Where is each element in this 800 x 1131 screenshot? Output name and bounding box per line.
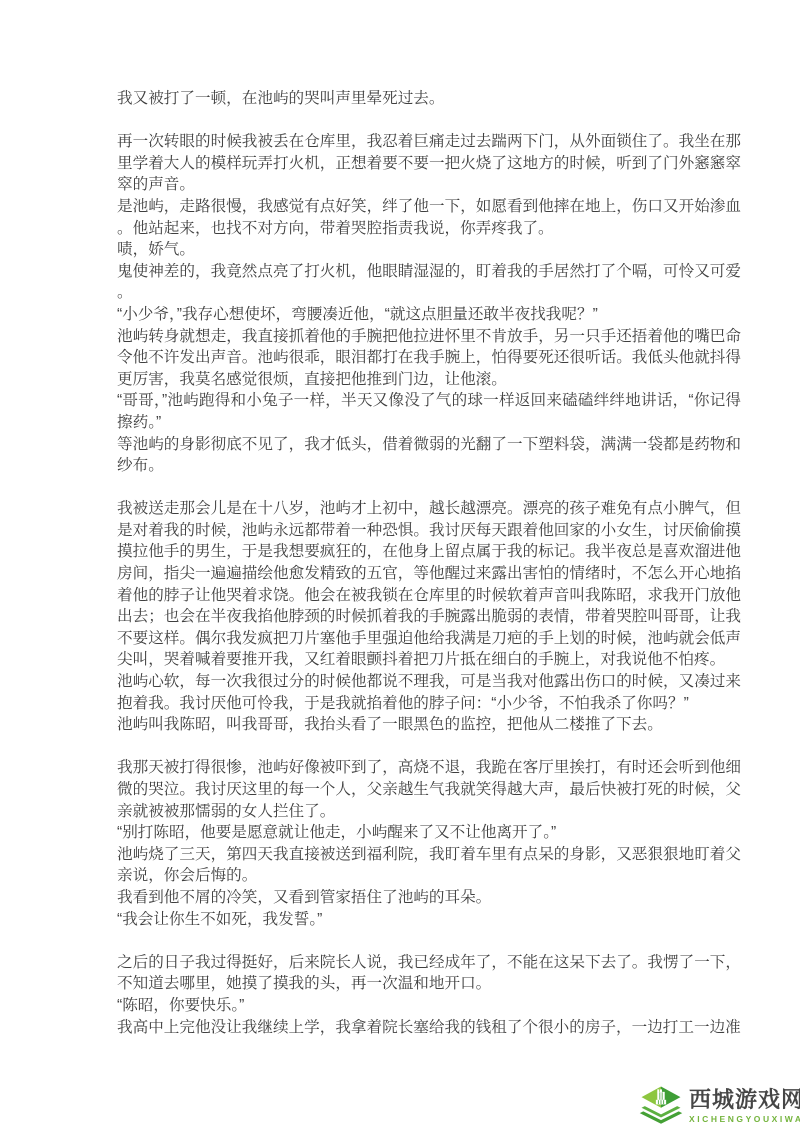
watermark-text: 西城游戏网 XICHENGYOUXIWANG: [689, 1088, 800, 1124]
story-paragraph: “哥哥，”池屿跑得和小兔子一样，半天又像没了气的球一样返回来磕磕绊绊地讲话，“你…: [117, 390, 741, 433]
brand-romanized: XICHENGYOUXIWANG: [689, 1114, 800, 1124]
story-paragraph: 我被送走那会儿是在十八岁，池屿才上初中，越长越漂亮。漂亮的孩子难免有点小脾气，但…: [117, 498, 741, 671]
story-paragraph: 我看到他不屑的冷笑，又看到管家捂住了池屿的耳朵。: [117, 887, 741, 909]
story-paragraph: “别打陈昭，他要是愿意就让他走，小屿醒来了又不让他离开了。”: [117, 822, 741, 844]
brand-name: 西城游戏网: [689, 1088, 800, 1111]
story-paragraph: 池屿转身就想走，我直接抓着他的手腕把他拉进怀里不肯放手，另一只手还捂着他的嘴巴命…: [117, 326, 741, 391]
story-paragraph: 我高中上完他没让我继续上学，我拿着院长塞给我的钱租了个很小的房子，一边打工一边准: [117, 1017, 741, 1039]
story-paragraph: 等池屿的身影彻底不见了，我才低头，借着微弱的光翻了一下塑料袋，满满一袋都是药物和…: [117, 434, 741, 477]
paragraph-spacer: [117, 930, 741, 952]
page: 我又被打了一顿，在池屿的哭叫声里晕死过去。再一次转眼的时候我被丢在仓库里，我忍着…: [0, 0, 800, 1131]
story-paragraph: 我又被打了一顿，在池屿的哭叫声里晕死过去。: [117, 88, 741, 110]
story-paragraph: “小少爷，”我存心想使坏，弯腰凑近他，“就这点胆量还敢半夜找我呢？”: [117, 304, 741, 326]
story-paragraph: 池屿心软，每一次我很过分的时候他都说不理我，可是当我对他露出伤口的时候，又凑过来…: [117, 671, 741, 714]
story-paragraph: 鬼使神差的，我竟然点亮了打火机，他眼睛湿湿的，盯着我的手居然打了个嗝，可怜又可爱…: [117, 261, 741, 304]
story-paragraph: 之后的日子我过得挺好，后来院长人说，我已经成年了，不能在这呆下去了。我愣了一下，…: [117, 952, 741, 995]
story-paragraph: “陈昭，你要快乐。”: [117, 995, 741, 1017]
story-paragraph: 我那天被打得很惨，池屿好像被吓到了，高烧不退，我跪在客厅里挨打，有时还会听到他细…: [117, 757, 741, 822]
site-watermark: 西城游戏网 XICHENGYOUXIWANG: [638, 1084, 800, 1128]
story-paragraph: 啧，娇气。: [117, 239, 741, 261]
story-paragraph: 池屿叫我陈昭，叫我哥哥，我抬头看了一眼黑色的监控，把他从二楼推了下去。: [117, 714, 741, 736]
layered-diamond-castle-icon: [638, 1084, 684, 1128]
story-paragraph: 池屿烧了三天，第四天我直接被送到福利院，我盯着车里有点呆的身影，又恶狠狠地盯着父…: [117, 844, 741, 887]
story-paragraph: “我会让你生不如死，我发誓。”: [117, 909, 741, 931]
story-text: 我又被打了一顿，在池屿的哭叫声里晕死过去。再一次转眼的时候我被丢在仓库里，我忍着…: [117, 88, 741, 1038]
story-paragraph: 是池屿，走路很慢，我感觉有点好笑，绊了他一下，如愿看到他摔在地上，伤口又开始渗血…: [117, 196, 741, 239]
paragraph-spacer: [117, 477, 741, 499]
paragraph-spacer: [117, 110, 741, 132]
story-paragraph: 再一次转眼的时候我被丢在仓库里，我忍着巨痛走过去踹两下门，从外面锁住了。我坐在那…: [117, 131, 741, 196]
paragraph-spacer: [117, 736, 741, 758]
